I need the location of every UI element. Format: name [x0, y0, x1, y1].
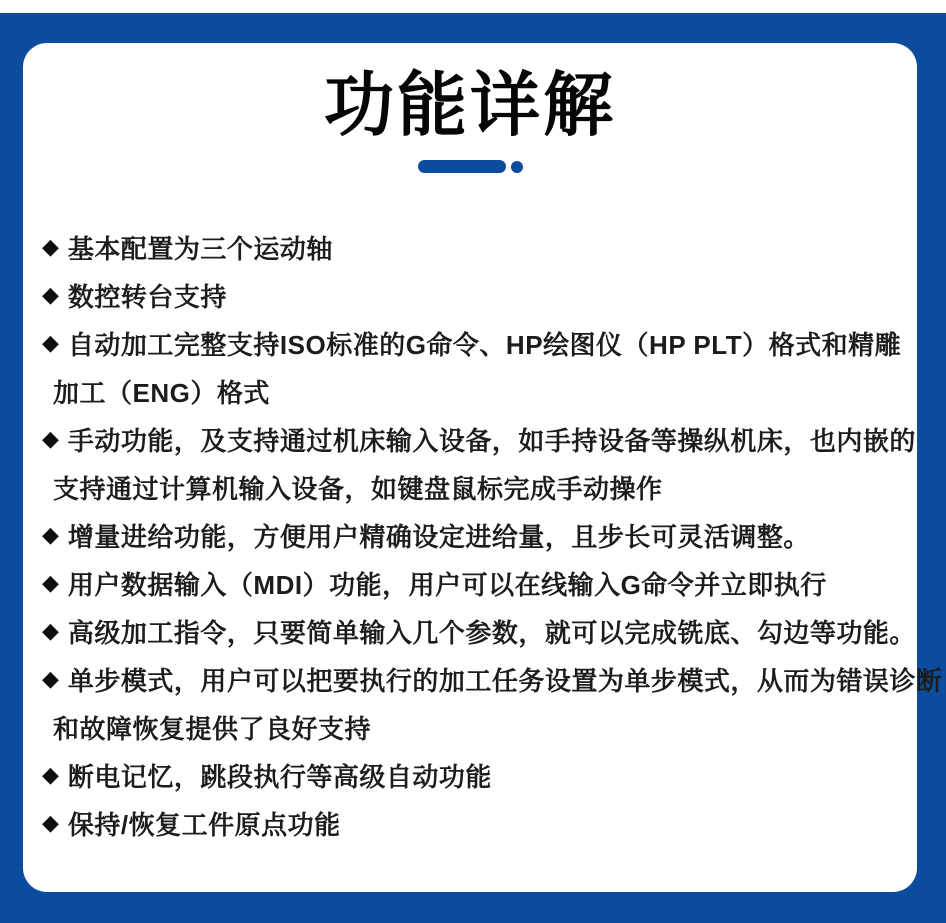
feature-item: ◆ 基本配置为三个运动轴 [42, 223, 917, 271]
feature-item: ◆ 保持/恢复工件原点功能 [42, 799, 917, 847]
feature-text: 高级加工指令，只要简单输入几个参数，就可以完成铣底、勾边等功能。 [68, 613, 916, 650]
title-underline-dot [511, 161, 523, 173]
title-underline [23, 160, 917, 173]
feature-item: ◆ 用户数据输入（MDI）功能，用户可以在线输入G命令并立即执行 [42, 559, 917, 607]
diamond-bullet-icon: ◆ [42, 234, 59, 260]
feature-text: 单步模式，用户可以把要执行的加工任务设置为单步模式，从而为错误诊断 [68, 661, 943, 698]
diamond-bullet-icon: ◆ [42, 426, 59, 452]
diamond-bullet-icon: ◆ [42, 810, 59, 836]
feature-text-continuation: 支持通过计算机输入设备，如键盘鼠标完成手动操作 [53, 469, 663, 506]
diamond-bullet-icon: ◆ [42, 282, 59, 308]
feature-text-continuation: 加工（ENG）格式 [53, 373, 270, 410]
feature-item: ◆ 单步模式，用户可以把要执行的加工任务设置为单步模式，从而为错误诊断 和故障恢… [42, 655, 917, 751]
feature-text: 手动功能，及支持通过机床输入设备，如手持设备等操纵机床，也内嵌的 [68, 421, 916, 458]
top-white-strip [0, 0, 946, 13]
feature-item: ◆ 增量进给功能，方便用户精确设定进给量，且步长可灵活调整。 [42, 511, 917, 559]
feature-card: 功能详解 ◆ 基本配置为三个运动轴 ◆ 数控转台支持 ◆ 自动加工完整支持ISO… [23, 43, 917, 892]
feature-text: 自动加工完整支持ISO标准的G命令、HP绘图仪（HP PLT）格式和精雕 [68, 325, 901, 362]
diamond-bullet-icon: ◆ [42, 666, 59, 692]
feature-item: ◆ 手动功能，及支持通过机床输入设备，如手持设备等操纵机床，也内嵌的 支持通过计… [42, 415, 917, 511]
page-title: 功能详解 [23, 67, 917, 144]
feature-text: 数控转台支持 [68, 277, 227, 314]
diamond-bullet-icon: ◆ [42, 762, 59, 788]
feature-text: 断电记忆，跳段执行等高级自动功能 [68, 757, 492, 794]
feature-list: ◆ 基本配置为三个运动轴 ◆ 数控转台支持 ◆ 自动加工完整支持ISO标准的G命… [23, 223, 917, 847]
feature-text: 基本配置为三个运动轴 [68, 229, 333, 266]
feature-item: ◆ 自动加工完整支持ISO标准的G命令、HP绘图仪（HP PLT）格式和精雕 加… [42, 319, 917, 415]
feature-text-continuation: 和故障恢复提供了良好支持 [53, 709, 371, 746]
diamond-bullet-icon: ◆ [42, 570, 59, 596]
feature-text: 增量进给功能，方便用户精确设定进给量，且步长可灵活调整。 [68, 517, 810, 554]
diamond-bullet-icon: ◆ [42, 618, 59, 644]
feature-text: 用户数据输入（MDI）功能，用户可以在线输入G命令并立即执行 [68, 565, 827, 602]
feature-item: ◆ 断电记忆，跳段执行等高级自动功能 [42, 751, 917, 799]
feature-text: 保持/恢复工件原点功能 [68, 805, 341, 842]
diamond-bullet-icon: ◆ [42, 330, 59, 356]
title-underline-bar [418, 160, 506, 173]
diamond-bullet-icon: ◆ [42, 522, 59, 548]
feature-item: ◆ 数控转台支持 [42, 271, 917, 319]
feature-item: ◆ 高级加工指令，只要简单输入几个参数，就可以完成铣底、勾边等功能。 [42, 607, 917, 655]
